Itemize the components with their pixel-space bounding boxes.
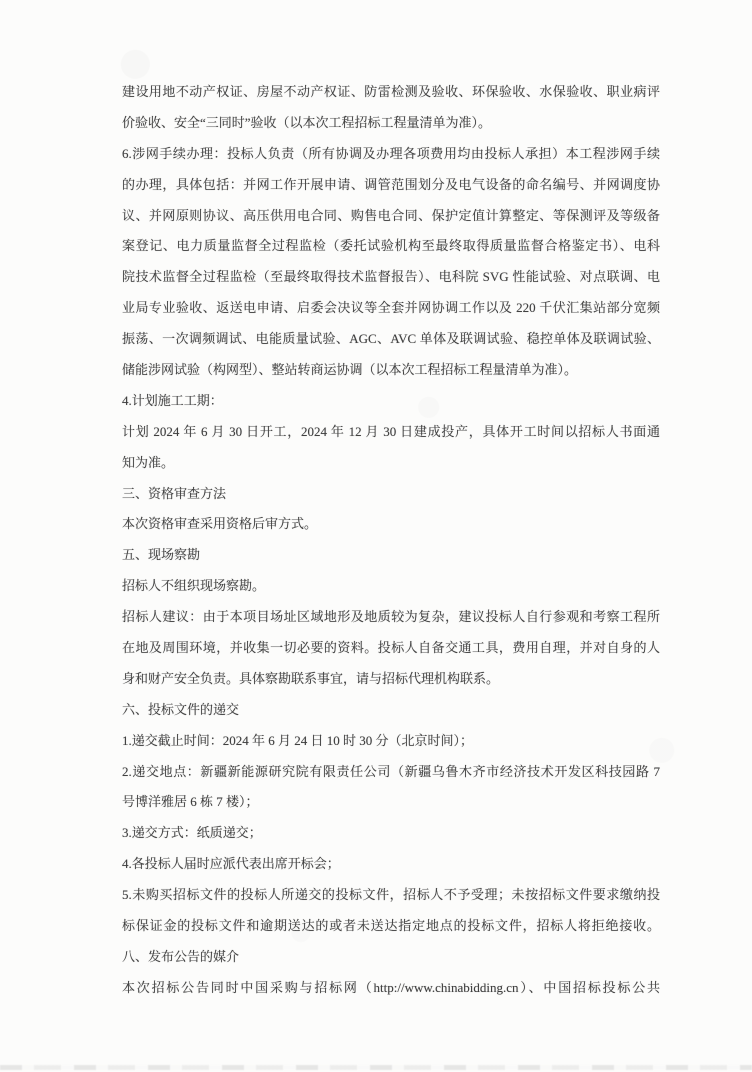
- document-line: 号博洋雅居 6 栋 7 楼）；: [122, 787, 660, 818]
- document-line: 在地及周围环境，并收集一切必要的资料。投标人自备交通工具，费用自理，并对自身的人: [122, 633, 660, 664]
- document-line: 招标人不组织现场察勘。: [122, 571, 660, 602]
- section-heading: 五、现场察勘: [122, 540, 660, 571]
- document-line: 议、并网原则协议、高压供用电合同、购售电合同、保护定值计算整定、等保测评及等级备: [122, 201, 660, 232]
- document-line: 4.各投标人届时应派代表出席开标会；: [122, 849, 660, 880]
- document-line: 1.递交截止时间：2024 年 6 月 24 日 10 时 30 分（北京时间）…: [122, 726, 660, 757]
- document-line: 5.未购买招标文件的投标人所递交的投标文件，招标人不予受理；未按招标文件要求缴纳…: [122, 880, 660, 911]
- document-line: 振荡、一次调频调试、电能质量试验、AGC、AVC 单体及联调试验、稳控单体及联调…: [122, 324, 660, 355]
- document-line: 知为准。: [122, 448, 660, 479]
- document-line: 招标人建议：由于本项目场址区域地形及地质较为复杂，建议投标人自行参观和考察工程所: [122, 602, 660, 633]
- document-line: 本次资格审查采用资格后审方式。: [122, 509, 660, 540]
- section-heading: 六、投标文件的递交: [122, 695, 660, 726]
- document-line: 院技术监督全过程监检（至最终取得技术监督报告）、电科院 SVG 性能试验、对点联…: [122, 262, 660, 293]
- document-line: 业局专业验收、返送电申请、启委会决议等全套并网协调工作以及 220 千伏汇集站部…: [122, 293, 660, 324]
- document-line: 储能涉网试验（构网型）、整站转商运协调（以本次工程招标工程量清单为准）。: [122, 355, 660, 386]
- document-line: 身和财产安全负责。具体察勘联系事宜，请与招标代理机构联系。: [122, 664, 660, 695]
- document-line: 计划 2024 年 6 月 30 日开工，2024 年 12 月 30 日建成投…: [122, 417, 660, 448]
- document-line: 建设用地不动产权证、房屋不动产权证、防雷检测及验收、环保验收、水保验收、职业病评: [122, 77, 660, 108]
- document-line: 6.涉网手续办理：投标人负责（所有协调及办理各项费用均由投标人承担）本工程涉网手…: [122, 139, 660, 170]
- document-line: 案登记、电力质量监督全过程监检（委托试验机构至最终取得质量监督合格鉴定书）、电科: [122, 231, 660, 262]
- document-line: 4.计划施工工期：: [122, 386, 660, 417]
- document-line: 本次招标公告同时中国采购与招标网（http://www.chinabidding…: [122, 973, 660, 1004]
- document-line: 标保证金的投标文件和逾期送达的或者未送达指定地点的投标文件，招标人将拒绝接收。: [122, 911, 660, 942]
- section-heading: 八、发布公告的媒介: [122, 942, 660, 973]
- document-line: 3.递交方式：纸质递交；: [122, 818, 660, 849]
- document-text-block: 建设用地不动产权证、房屋不动产权证、防雷检测及验收、环保验收、水保验收、职业病评…: [122, 77, 660, 1004]
- document-line: 2.递交地点：新疆新能源研究院有限责任公司（新疆乌鲁木齐市经济技术开发区科技园路…: [122, 757, 660, 788]
- document-line: 的办理，具体包括：并网工作开展申请、调管范围划分及电气设备的命名编号、并网调度协: [122, 170, 660, 201]
- section-heading: 三、资格审查方法: [122, 479, 660, 510]
- document-page: 建设用地不动产权证、房屋不动产权证、防雷检测及验收、环保验收、水保验收、职业病评…: [0, 0, 752, 1072]
- document-line: 价验收、安全“三同时”验收（以本次工程招标工程量清单为准）。: [122, 108, 660, 139]
- scan-artifact-bottom-edge: [0, 1065, 752, 1070]
